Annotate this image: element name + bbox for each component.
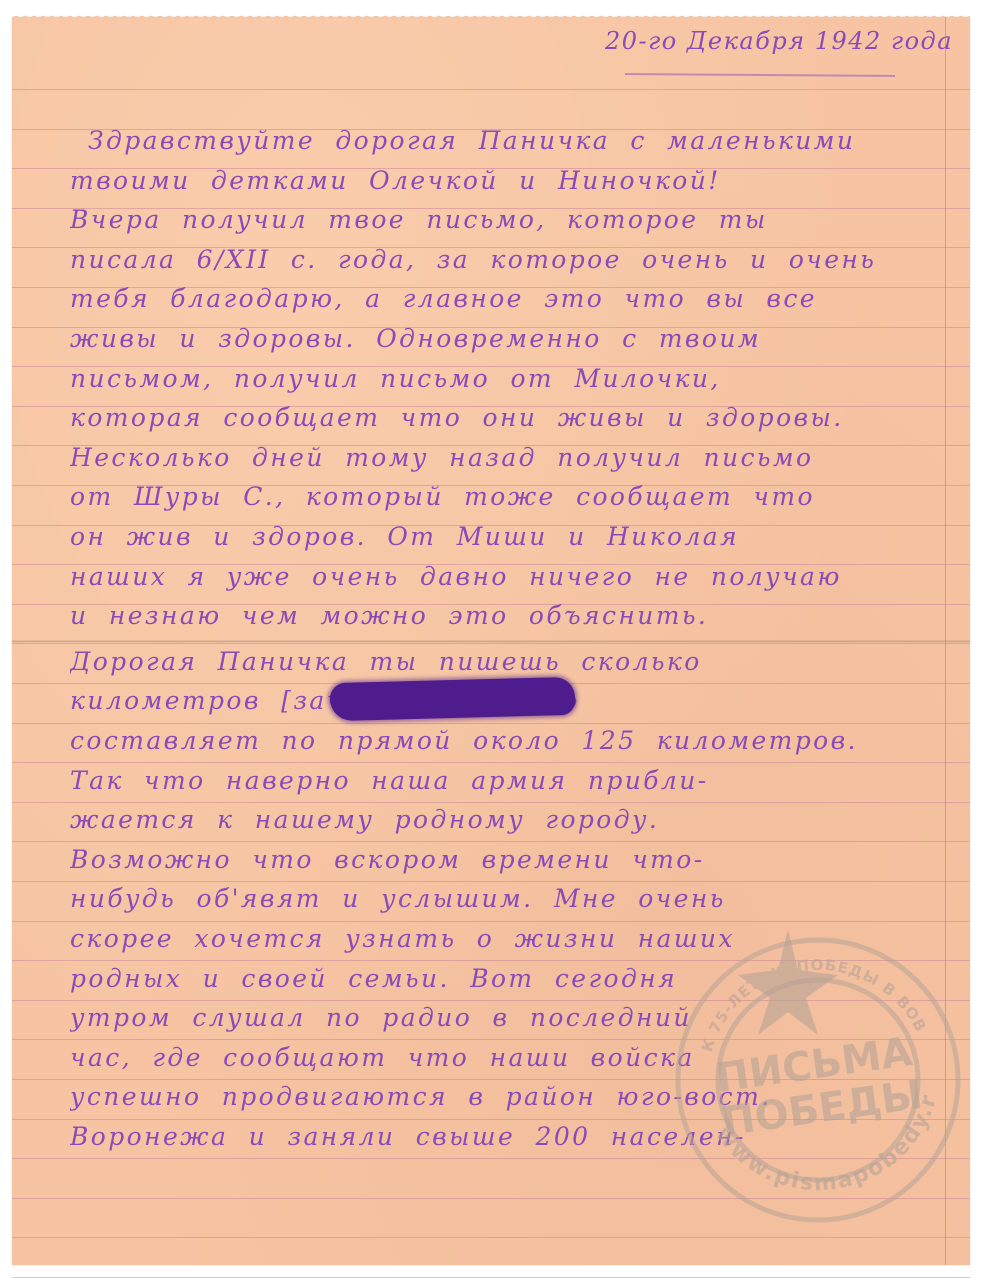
ruled-line bbox=[12, 1237, 970, 1238]
letter-line: составляет по прямой около 125 километро… bbox=[70, 724, 962, 760]
letter-line: наших я уже очень давно ничего не получа… bbox=[70, 560, 962, 596]
ruled-line bbox=[12, 89, 970, 90]
letter-line: час, где сообщают что наши войска bbox=[70, 1041, 962, 1077]
letter-line: Воронежа и заняли свыше 200 населен- bbox=[70, 1120, 962, 1156]
letter-line: которая сообщает что они живы и здоровы. bbox=[70, 401, 962, 437]
letter-line: и незнаю чем можно это объяснить. bbox=[70, 599, 962, 635]
letter-line: Дорогая Паничка ты пишешь сколько bbox=[70, 645, 962, 681]
letter-line: от Шуры С., который тоже сообщает что bbox=[70, 480, 962, 516]
ruled-line bbox=[12, 1158, 970, 1159]
letter-line: писала 6/XII с. года, за которое очень и… bbox=[70, 243, 962, 279]
ruled-line bbox=[12, 1277, 970, 1278]
letter-line: Здравствуйте дорогая Паничка с маленьким… bbox=[88, 124, 962, 160]
letter-date: 20-го Декабря 1942 года bbox=[605, 27, 953, 55]
letter-line: жается к нашему родному городу. bbox=[70, 803, 962, 839]
letter-line: Несколько дней тому назад получил письмо bbox=[70, 441, 962, 477]
letter-line: успешно продвигаются в район юго-вост. bbox=[70, 1080, 962, 1116]
censorship-blot bbox=[330, 677, 576, 721]
letter-line: живы и здоровы. Одновременно с твоим bbox=[70, 322, 962, 358]
letter-line: родных и своей семьи. Вот сегодня bbox=[70, 962, 962, 998]
letter-line: письмом, получил письмо от Милочки, bbox=[70, 362, 962, 398]
letter-line: Так что наверно наша армия прибли- bbox=[70, 764, 962, 800]
letter-line: Вчера получил твое письмо, которое ты bbox=[70, 203, 962, 239]
letter-line: твоими детками Олечкой и Ниночкой! bbox=[70, 164, 962, 200]
letter-line: утром слушал по радио в последний bbox=[70, 1001, 962, 1037]
letter-line: тебя благодарю, а главное это что вы все bbox=[70, 282, 962, 318]
paper-fold bbox=[12, 640, 970, 643]
letter-line: он жив и здоров. От Миши и Николая bbox=[70, 520, 962, 556]
letter-line: нибудь об'явят и услышим. Мне очень bbox=[70, 882, 962, 918]
letter-line: скорее хочется узнать о жизни наших bbox=[70, 922, 962, 958]
letter-line: Возможно что вскором времени что- bbox=[70, 843, 962, 879]
ruled-line bbox=[12, 1198, 970, 1199]
